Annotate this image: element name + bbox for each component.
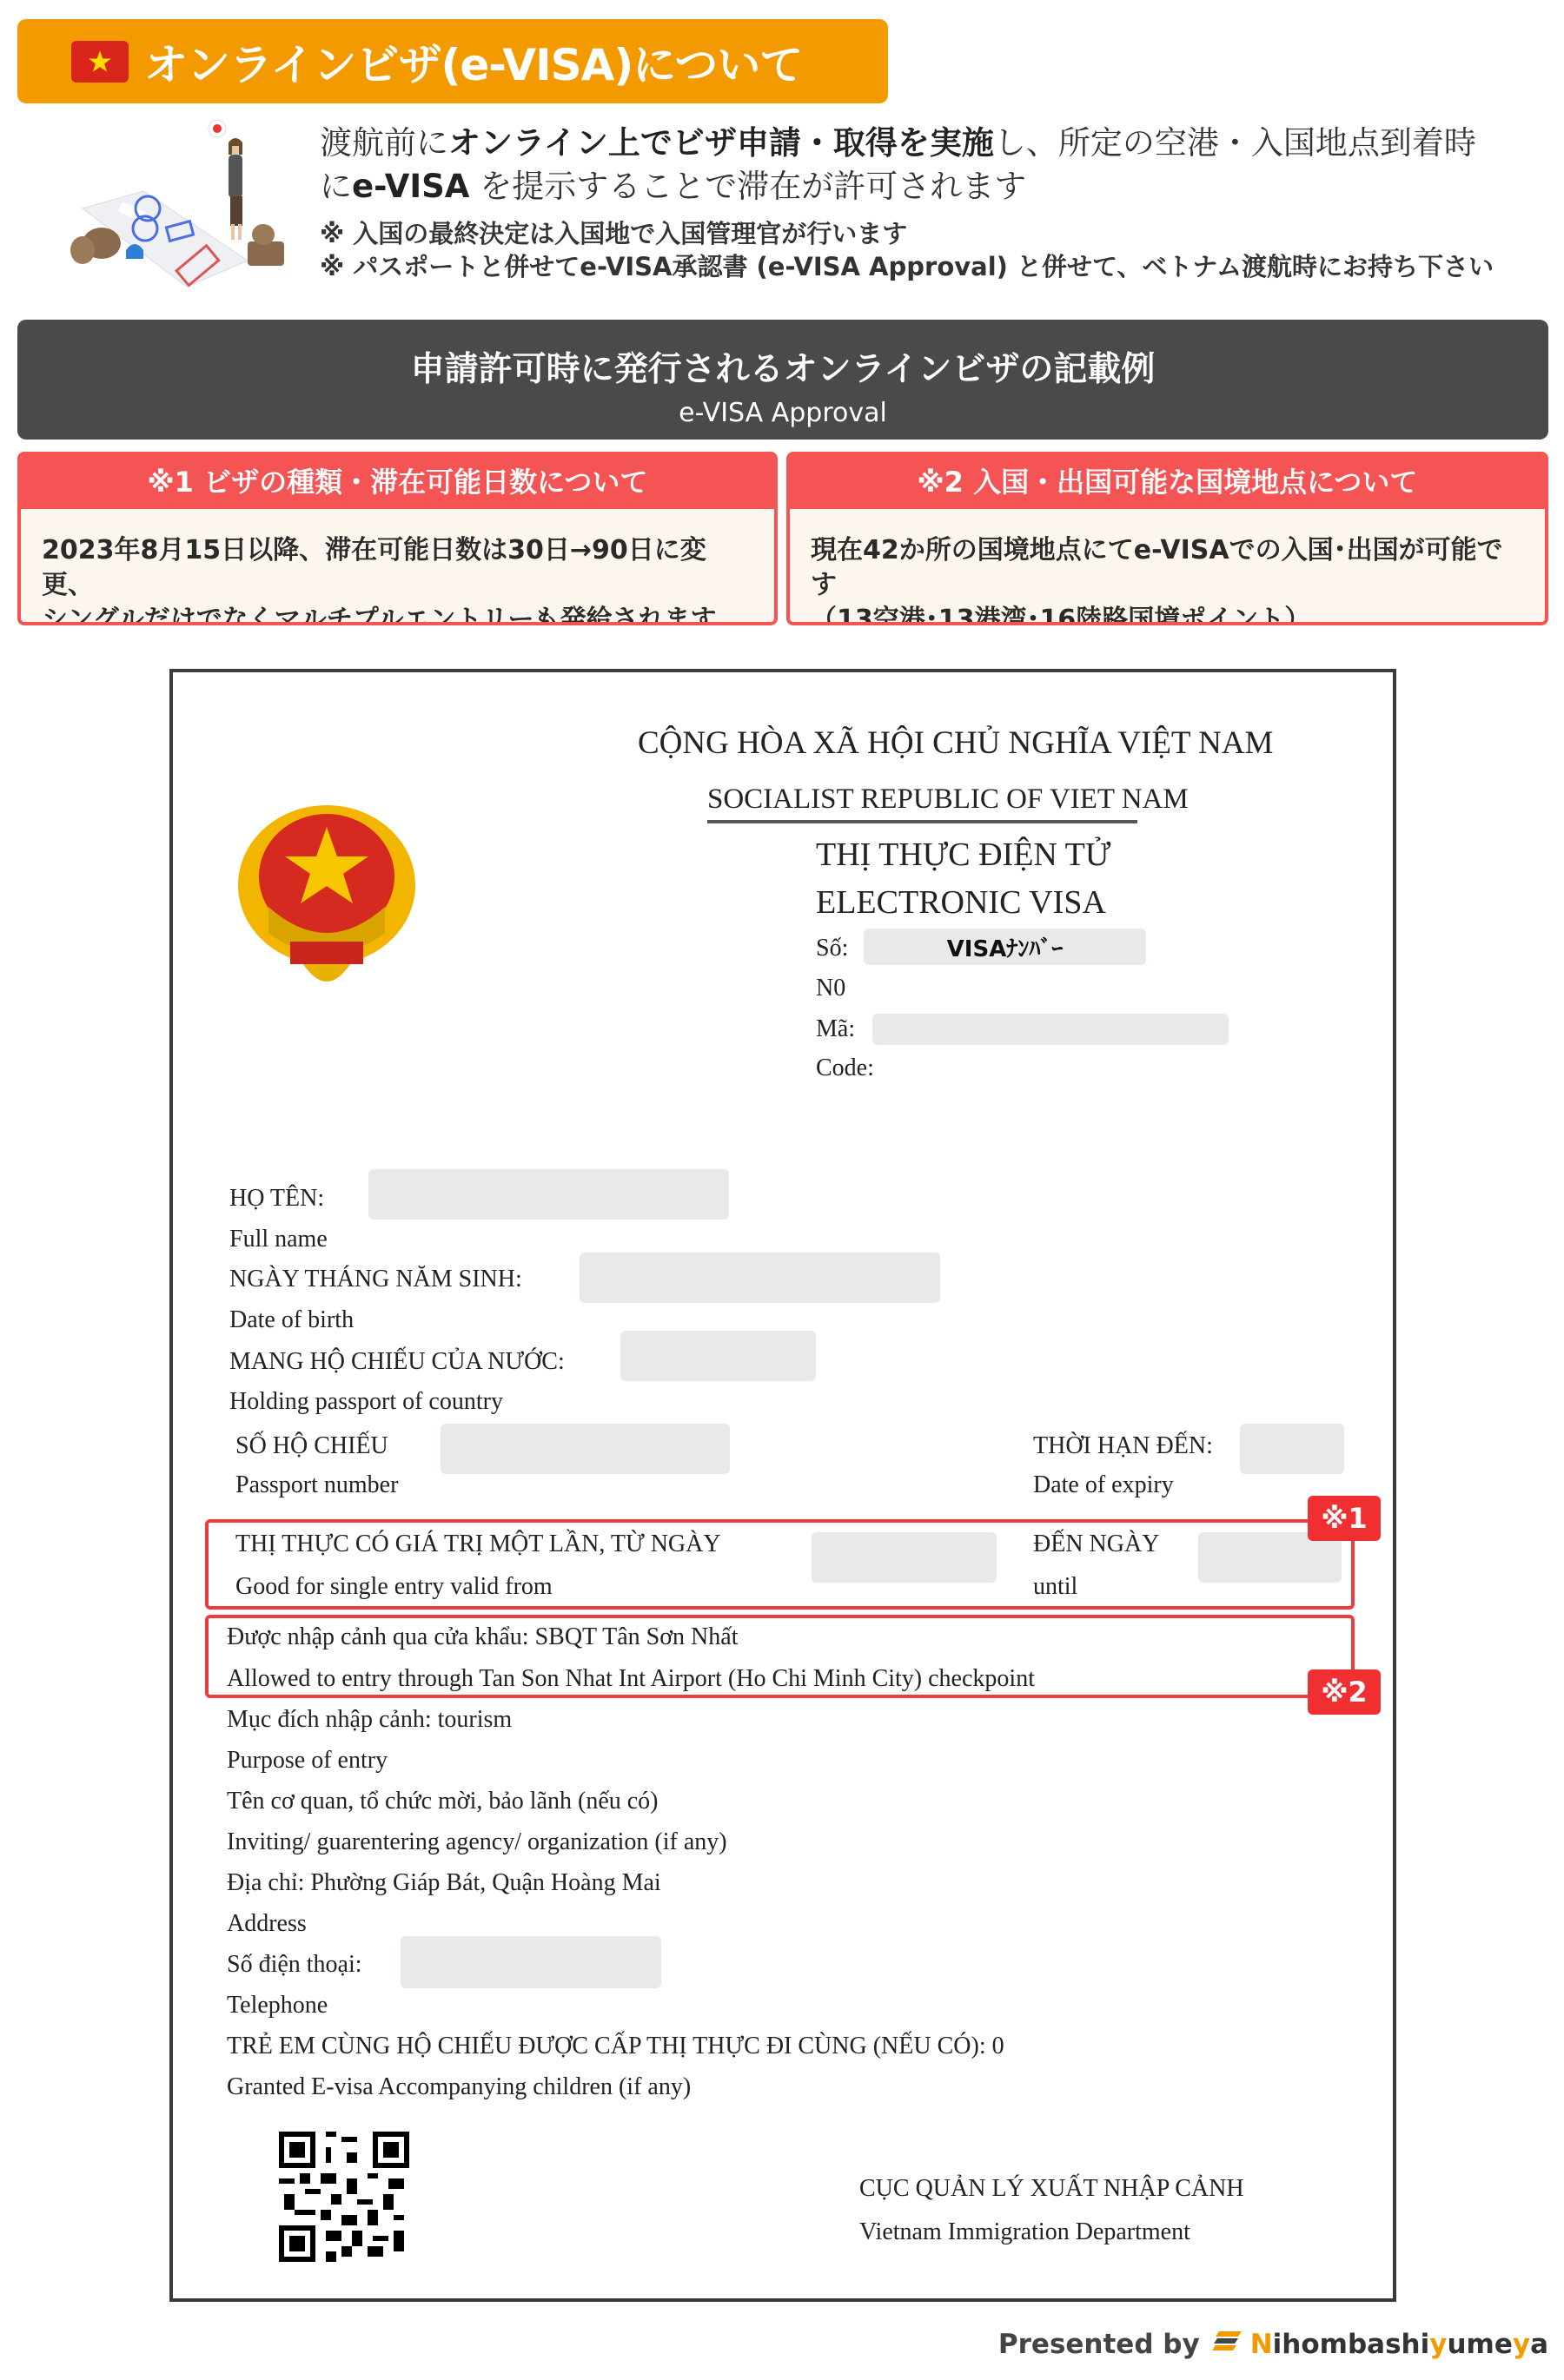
expiry-en: Date of expiry (1033, 1471, 1174, 1499)
intro-text: 渡航前にオンライン上でビザ申請・取得を実施し、所定の空港・入国地点到着時 にe-… (320, 122, 1554, 283)
visa-number: VISAﾅﾝﾊﾞｰ (864, 929, 1146, 965)
badge-note-1: ※1 (1308, 1496, 1381, 1541)
purpose-en: Purpose of entry (227, 1747, 388, 1775)
ma-label: Mã: (816, 1015, 855, 1043)
badge-note-2: ※2 (1308, 1669, 1381, 1715)
national-emblem-icon (234, 803, 421, 998)
nihombashiyumeya-logo-icon (1212, 2328, 1242, 2361)
intro-notes: ※ 入国の最終決定は入国地で入国管理官が行います ※ パスポートと併せてe-VI… (320, 217, 1554, 283)
header-divider (707, 820, 1137, 823)
intro-main: 渡航前にオンライン上でビザ申請・取得を実施し、所定の空港・入国地点到着時 にe-… (320, 122, 1554, 208)
note-body: 現在42か所の国境地点にてe-VISAでの入国･出国が可能です （13空港･13… (790, 509, 1545, 625)
intro-note: ※ 入国の最終決定は入国地で入国管理官が行います (320, 217, 1554, 250)
evisa-document: CỘNG HÒA XÃ HỘI CHỦ NGHĨA VIỆT NAM SOCIA… (169, 669, 1396, 2302)
intro-note: ※ パスポートと併せてe-VISA承認書 (e-VISA Approval) と… (320, 250, 1554, 283)
children-vi: TRẺ EM CÙNG HỘ CHIẾU ĐƯỢC CẤP THỊ THỰC Đ… (227, 2033, 1004, 2060)
phone-label: Số điện thoại: (227, 1951, 362, 1979)
passport-mask (441, 1424, 730, 1474)
example-banner: 申請許可時に発行されるオンラインビザの記載例 e-VISA Approval (17, 320, 1548, 440)
note-body: 2023年8月15日以降、滞在可能日数は30日→90日に変更、 シングルだけでな… (21, 509, 774, 625)
visa-title-en: ELECTRONIC VISA (816, 883, 1106, 922)
valid-from-mask (812, 1532, 997, 1583)
nationality-en: Holding passport of country (229, 1388, 503, 1416)
qr-code-icon (279, 2132, 409, 2262)
entry-port-vi: Được nhập cảnh qua cửa khẩu: SBQT Tân Sơ… (227, 1623, 738, 1651)
valid-from-label: THỊ THỰC CÓ GIÁ TRỊ MỘT LẦN, TỪ NGÀY (235, 1530, 721, 1558)
full-name-label: HỌ TÊN: (229, 1185, 324, 1213)
visa-application-illustration (48, 113, 300, 304)
address-en: Address (227, 1910, 307, 1938)
purpose-vi: Mục đích nhập cảnh: tourism (227, 1706, 512, 1734)
so-label: Số: (816, 935, 848, 962)
code-mask (872, 1014, 1229, 1045)
dob-en: Date of birth (229, 1306, 354, 1334)
agency-en: Inviting/ guarentering agency/ organizat… (227, 1828, 727, 1856)
code-label: Code: (816, 1054, 874, 1082)
expiry-mask (1240, 1424, 1344, 1474)
country-name-vi: CỘNG HÒA XÃ HỘI CHỦ NGHĨA VIỆT NAM (638, 724, 1273, 762)
banner-title: 申請許可時に発行されるオンラインビザの記載例 (17, 342, 1548, 391)
valid-from-en: Good for single entry valid from (235, 1573, 553, 1601)
note-header: ※1 ビザの種類・滞在可能日数について (21, 455, 774, 509)
children-en: Granted E-visa Accompanying children (if… (227, 2073, 691, 2101)
country-name-en: SOCIALIST REPUBLIC OF VIET NAM (707, 783, 1189, 816)
expiry-label: THỜI HẠN ĐẾN: (1033, 1432, 1213, 1460)
no-label: N0 (816, 975, 845, 1002)
nationality-label: MANG HỘ CHIẾU CỦA NƯỚC: (229, 1348, 565, 1376)
nationality-mask (620, 1331, 816, 1381)
address-vi: Địa chỉ: Phường Giáp Bát, Quận Hoàng Mai (227, 1869, 661, 1897)
full-name-mask (368, 1169, 729, 1220)
issuer-en: Vietnam Immigration Department (859, 2218, 1190, 2246)
entry-port-en: Allowed to entry through Tan Son Nhat In… (227, 1665, 1035, 1693)
brand-name: Nihombashiyumeya (1250, 2329, 1548, 2360)
phone-en: Telephone (227, 1992, 328, 2020)
presented-by: Presented by Nihombashiyumeya (998, 2328, 1548, 2361)
banner-subtitle: e-VISA Approval (17, 398, 1548, 428)
until-label: ĐẾN NGÀY (1033, 1530, 1159, 1558)
note-box-visa-type: ※1 ビザの種類・滞在可能日数について 2023年8月15日以降、滞在可能日数は… (17, 452, 778, 625)
agency-vi: Tên cơ quan, tổ chức mời, bảo lãnh (nếu … (227, 1788, 659, 1815)
until-en: until (1033, 1573, 1077, 1601)
full-name-en: Full name (229, 1226, 328, 1253)
passport-en: Passport number (235, 1471, 398, 1499)
section-title-bar: オンラインビザ(e-VISA)について (17, 19, 888, 103)
phone-mask (401, 1936, 661, 1988)
passport-label: SỐ HỘ CHIẾU (235, 1432, 388, 1460)
note-header: ※2 入国・出国可能な国境地点について (790, 455, 1545, 509)
dob-mask (580, 1253, 940, 1303)
section-title: オンラインビザ(e-VISA)について (144, 30, 802, 93)
note-box-border-points: ※2 入国・出国可能な国境地点について 現在42か所の国境地点にてe-VISAで… (786, 452, 1548, 625)
visa-title-vi: THỊ THỰC ĐIỆN TỬ (816, 836, 1110, 874)
dob-label: NGÀY THÁNG NĂM SINH: (229, 1266, 522, 1293)
issuer-vi: CỤC QUẢN LÝ XUẤT NHẬP CẢNH (859, 2175, 1244, 2203)
vietnam-flag-icon (71, 41, 129, 83)
